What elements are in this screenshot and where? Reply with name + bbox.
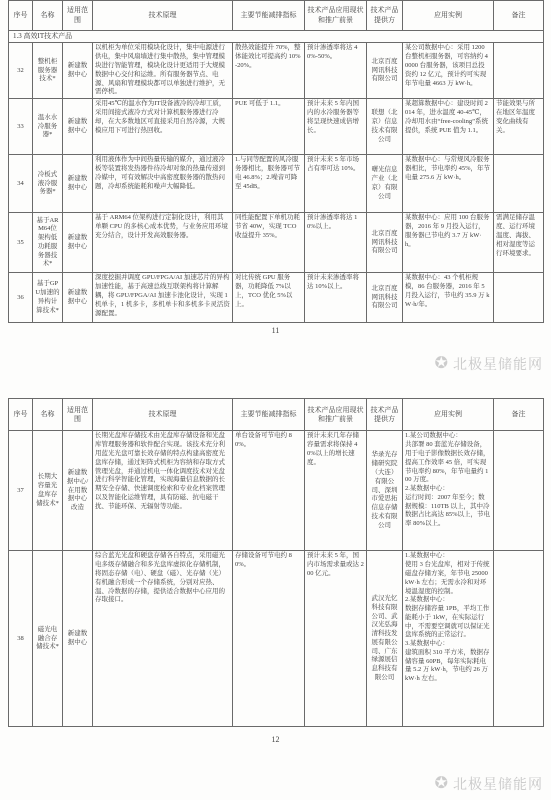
- cell-remark: [494, 43, 544, 99]
- col-header-scope: 适用范围: [63, 399, 93, 431]
- cell-scope: 新建数据中心: [63, 155, 93, 213]
- cell-provider: 北京百度网讯科技有限公司: [367, 213, 403, 273]
- cell-status: 预计渗透率将达 10%以上。: [305, 213, 367, 273]
- document-sheet: 序号 名称 适用范围 技术原理 主要节能减排指标 技术产品应用现状和推广前景 技…: [0, 0, 551, 800]
- section-title: 1.3 高效IT技术产品: [9, 31, 544, 43]
- col-header-name: 名称: [33, 1, 63, 31]
- cell-remark: 节能效果与所在地区年温度变化曲线有关。: [494, 99, 544, 155]
- cell-status: 预计未来几年存储容量需求将保持 40%以上的增长速度。: [305, 431, 367, 551]
- col-header-examples: 应用实例: [403, 1, 494, 31]
- col-header-name: 名称: [33, 399, 63, 431]
- cell-status: 预计未来 5 年市场占有率可达 10%。: [305, 155, 367, 213]
- cell-scope: 新建数据中心: [63, 273, 93, 323]
- page-number-11: 11: [8, 323, 543, 335]
- cell-examples: 1.某数据中心： 使用 3 台光盘库，相对于传统磁盘存储方案，年节电 25000…: [403, 551, 494, 727]
- table-row-33: 33 温水水冷服务器* 新建数据中心 采用45℃的温水作为IT设备液冷的冷却工质…: [9, 99, 544, 155]
- cell-remark: [494, 551, 544, 727]
- table-row-32: 32 整机柜服务器技术* 新建数据中心 以机柜为单位采用模块化设计，集中电源进行…: [9, 43, 544, 99]
- cell-serial: 36: [9, 273, 33, 323]
- cell-name: 温水水冷服务器*: [33, 99, 63, 155]
- cell-indicators: PUE 可低于 1.1。: [233, 99, 305, 155]
- cell-provider: 联想（北京）信息技术有限公司: [367, 99, 403, 155]
- tech-catalog-table-page-12: 序号 名称 适用范围 技术原理 主要节能减排指标 技术产品应用现状和推广前景 技…: [8, 398, 544, 727]
- cell-examples: 某数据中心：43 个机柜规模，86 台服务器，2016 年 5 月投入运行，节电…: [403, 273, 494, 323]
- cell-status: 预计未来 5 年内国内的水冷服务器等将呈现快速成倍增长。: [305, 99, 367, 155]
- beijixing-star-icon: ✪: [435, 356, 449, 372]
- cell-name: 冷板式液冷服务器*: [33, 155, 63, 213]
- cell-principle: 深度挖掘并调度 GPU/FPGA/AI 加速芯片的异构加速性能，基于高速总线互联…: [93, 273, 233, 323]
- cell-status: 预计未来 5 年，国内市场需求量或达 200 亿元。: [305, 551, 367, 727]
- cell-provider: 武汉光忆科技有限公司、武汉光弘海清科技发展有限公司、广东绿源展信息科技有限公司: [367, 551, 403, 727]
- cell-serial: 37: [9, 431, 33, 551]
- cell-indicators: 散热效能提升 70%，整体能效比可提高约 10%-20%。: [233, 43, 305, 99]
- cell-remark: [494, 273, 544, 323]
- watermark-upper: ✪ 北极星储能网: [435, 354, 543, 374]
- cell-examples: 1.某公司数据中心： 共部署 80 套蓝光存储设备，用于电子影像数据长效存储，提…: [403, 431, 494, 551]
- cell-examples: 某数据中心：应用 100 台服务器，2016 年 9 月投入运行，服务器已节电约…: [403, 213, 494, 273]
- cell-indicators: 存储设备可节电约 80%。: [233, 551, 305, 727]
- cell-serial: 33: [9, 99, 33, 155]
- cell-remark: [494, 431, 544, 551]
- cell-remark: 需满足储存温度、运行环境温度、海拔、相对湿度等运行环境要求。: [494, 213, 544, 273]
- tech-catalog-table-page-11: 序号 名称 适用范围 技术原理 主要节能减排指标 技术产品应用现状和推广前景 技…: [8, 0, 544, 323]
- cell-serial: 32: [9, 43, 33, 99]
- watermark-lower: ✪ 北极星储能网: [435, 774, 543, 794]
- cell-status: 预计未来渗透率将达 10%以上。: [305, 273, 367, 323]
- cell-provider: 华录光存储研究院（大连）有限公司、深圳市爱思拓信息存储技术有限公司: [367, 431, 403, 551]
- col-header-provider: 技术产品提供方: [367, 1, 403, 31]
- cell-indicators: 对比传统 GPU 服务器，功耗降低 7%以上，TCO 优化 5%以上。: [233, 273, 305, 323]
- cell-serial: 35: [9, 213, 33, 273]
- cell-scope: 新建数据中心: [63, 43, 93, 99]
- cell-indicators: 1.与同等配置的风冷服务器相比，服务器可节电 46.8%；2.噪音可降至 45d…: [233, 155, 305, 213]
- cell-name: 整机柜服务器技术*: [33, 43, 63, 99]
- table-row-37: 37 长期大容量光盘库存储技术* 新建数据中心/在用数据中心改造 长期光盘库存储…: [9, 431, 544, 551]
- col-header-status: 技术产品应用现状和推广前景: [305, 399, 367, 431]
- cell-indicators: 同性能配置下单机功耗节省 40W，实现 TCO 收益提升 35%。: [233, 213, 305, 273]
- table-header-row: 序号 名称 适用范围 技术原理 主要节能减排指标 技术产品应用现状和推广前景 技…: [9, 1, 544, 31]
- cell-provider: 北京百度网讯科技有限公司: [367, 43, 403, 99]
- col-header-serial: 序号: [9, 399, 33, 431]
- table-header-row: 序号 名称 适用范围 技术原理 主要节能减排指标 技术产品应用现状和推广前景 技…: [9, 399, 544, 431]
- cell-name: 磁光电融合存储技术*: [33, 551, 63, 727]
- cell-principle: 利用液体作为中间热量传输的媒介，通过液冷板等装置将发热器件待冷却对象的热量传递到…: [93, 155, 233, 213]
- cell-principle: 采用45℃的温水作为IT设备液冷的冷却工质，采用间接式液冷方式对计算机服务器进行…: [93, 99, 233, 155]
- col-header-provider: 技术产品提供方: [367, 399, 403, 431]
- col-header-examples: 应用实例: [403, 399, 494, 431]
- col-header-status: 技术产品应用现状和推广前景: [305, 1, 367, 31]
- page-number-12: 12: [8, 727, 543, 744]
- col-header-indicators: 主要节能减排指标: [233, 399, 305, 431]
- cell-examples: 某公司数据中心：采用 1200 台整机柜服务器，可容纳约 40000 台服务器，…: [403, 43, 494, 99]
- cell-principle: 长期光盘库存储技术由光盘库存储设备和光盘库管理服务器和软件配合实现。该技术充分利…: [93, 431, 233, 551]
- col-header-serial: 序号: [9, 1, 33, 31]
- cell-examples: 某数据中心：与常规风冷服务器相比，节电率约 45%，年节电量 275.6 万 k…: [403, 155, 494, 213]
- cell-status: 预计渗透率将达 40%-50%。: [305, 43, 367, 99]
- cell-examples: 某超算数据中心：建设时间 2014 年，进水温度 40-45℃，冷却用水由“fr…: [403, 99, 494, 155]
- cell-provider: 曙光信息产业（北京）有限公司: [367, 155, 403, 213]
- col-header-remark: 备注: [494, 399, 544, 431]
- cell-scope: 新建数据中心/在用数据中心改造: [63, 431, 93, 551]
- watermark-text: 北极星储能网: [453, 354, 543, 374]
- cell-scope: 新建数据中心: [63, 213, 93, 273]
- col-header-principle: 技术原理: [93, 1, 233, 31]
- cell-principle: 基于 ARM64 位架构进行定制化设计，利用其单颗 CPU 的多核心成本优势，与…: [93, 213, 233, 273]
- cell-scope: 新建数据中心: [63, 551, 93, 727]
- table-row-36: 36 基于GPU加速的异构计算技术* 新建数据中心 深度挖掘并调度 GPU/FP…: [9, 273, 544, 323]
- cell-serial: 34: [9, 155, 33, 213]
- table-row-35: 35 基于ARM64位架构低功耗服务器技术* 新建数据中心 基于 ARM64 位…: [9, 213, 544, 273]
- cell-serial: 38: [9, 551, 33, 727]
- watermark-text: 北极星储能网: [453, 774, 543, 794]
- cell-provider: 北京百度网讯科技有限公司: [367, 273, 403, 323]
- cell-name: 基于GPU加速的异构计算技术*: [33, 273, 63, 323]
- cell-indicators: 单台设备可节电约 80%。: [233, 431, 305, 551]
- col-header-remark: 备注: [494, 1, 544, 31]
- cell-name: 长期大容量光盘库存储技术*: [33, 431, 63, 551]
- cell-principle: 综合蓝光光盘和硬盘存储各自特点，采用磁光电多级存储融合和多光盘库虚拟化存储机制，…: [93, 551, 233, 727]
- cell-name: 基于ARM64位架构低功耗服务器技术*: [33, 213, 63, 273]
- cell-remark: [494, 155, 544, 213]
- beijixing-star-icon: ✪: [435, 776, 449, 792]
- cell-scope: 新建数据中心: [63, 99, 93, 155]
- table-row-34: 34 冷板式液冷服务器* 新建数据中心 利用液体作为中间热量传输的媒介，通过液冷…: [9, 155, 544, 213]
- col-header-scope: 适用范围: [63, 1, 93, 31]
- col-header-principle: 技术原理: [93, 399, 233, 431]
- col-header-indicators: 主要节能减排指标: [233, 1, 305, 31]
- section-row: 1.3 高效IT技术产品: [9, 31, 544, 43]
- table-row-38: 38 磁光电融合存储技术* 新建数据中心 综合蓝光光盘和硬盘存储各自特点，采用磁…: [9, 551, 544, 727]
- cell-principle: 以机柜为单位采用模块化设计，集中电源进行供电，集中风扇墙进行集中散热，集中管理模…: [93, 43, 233, 99]
